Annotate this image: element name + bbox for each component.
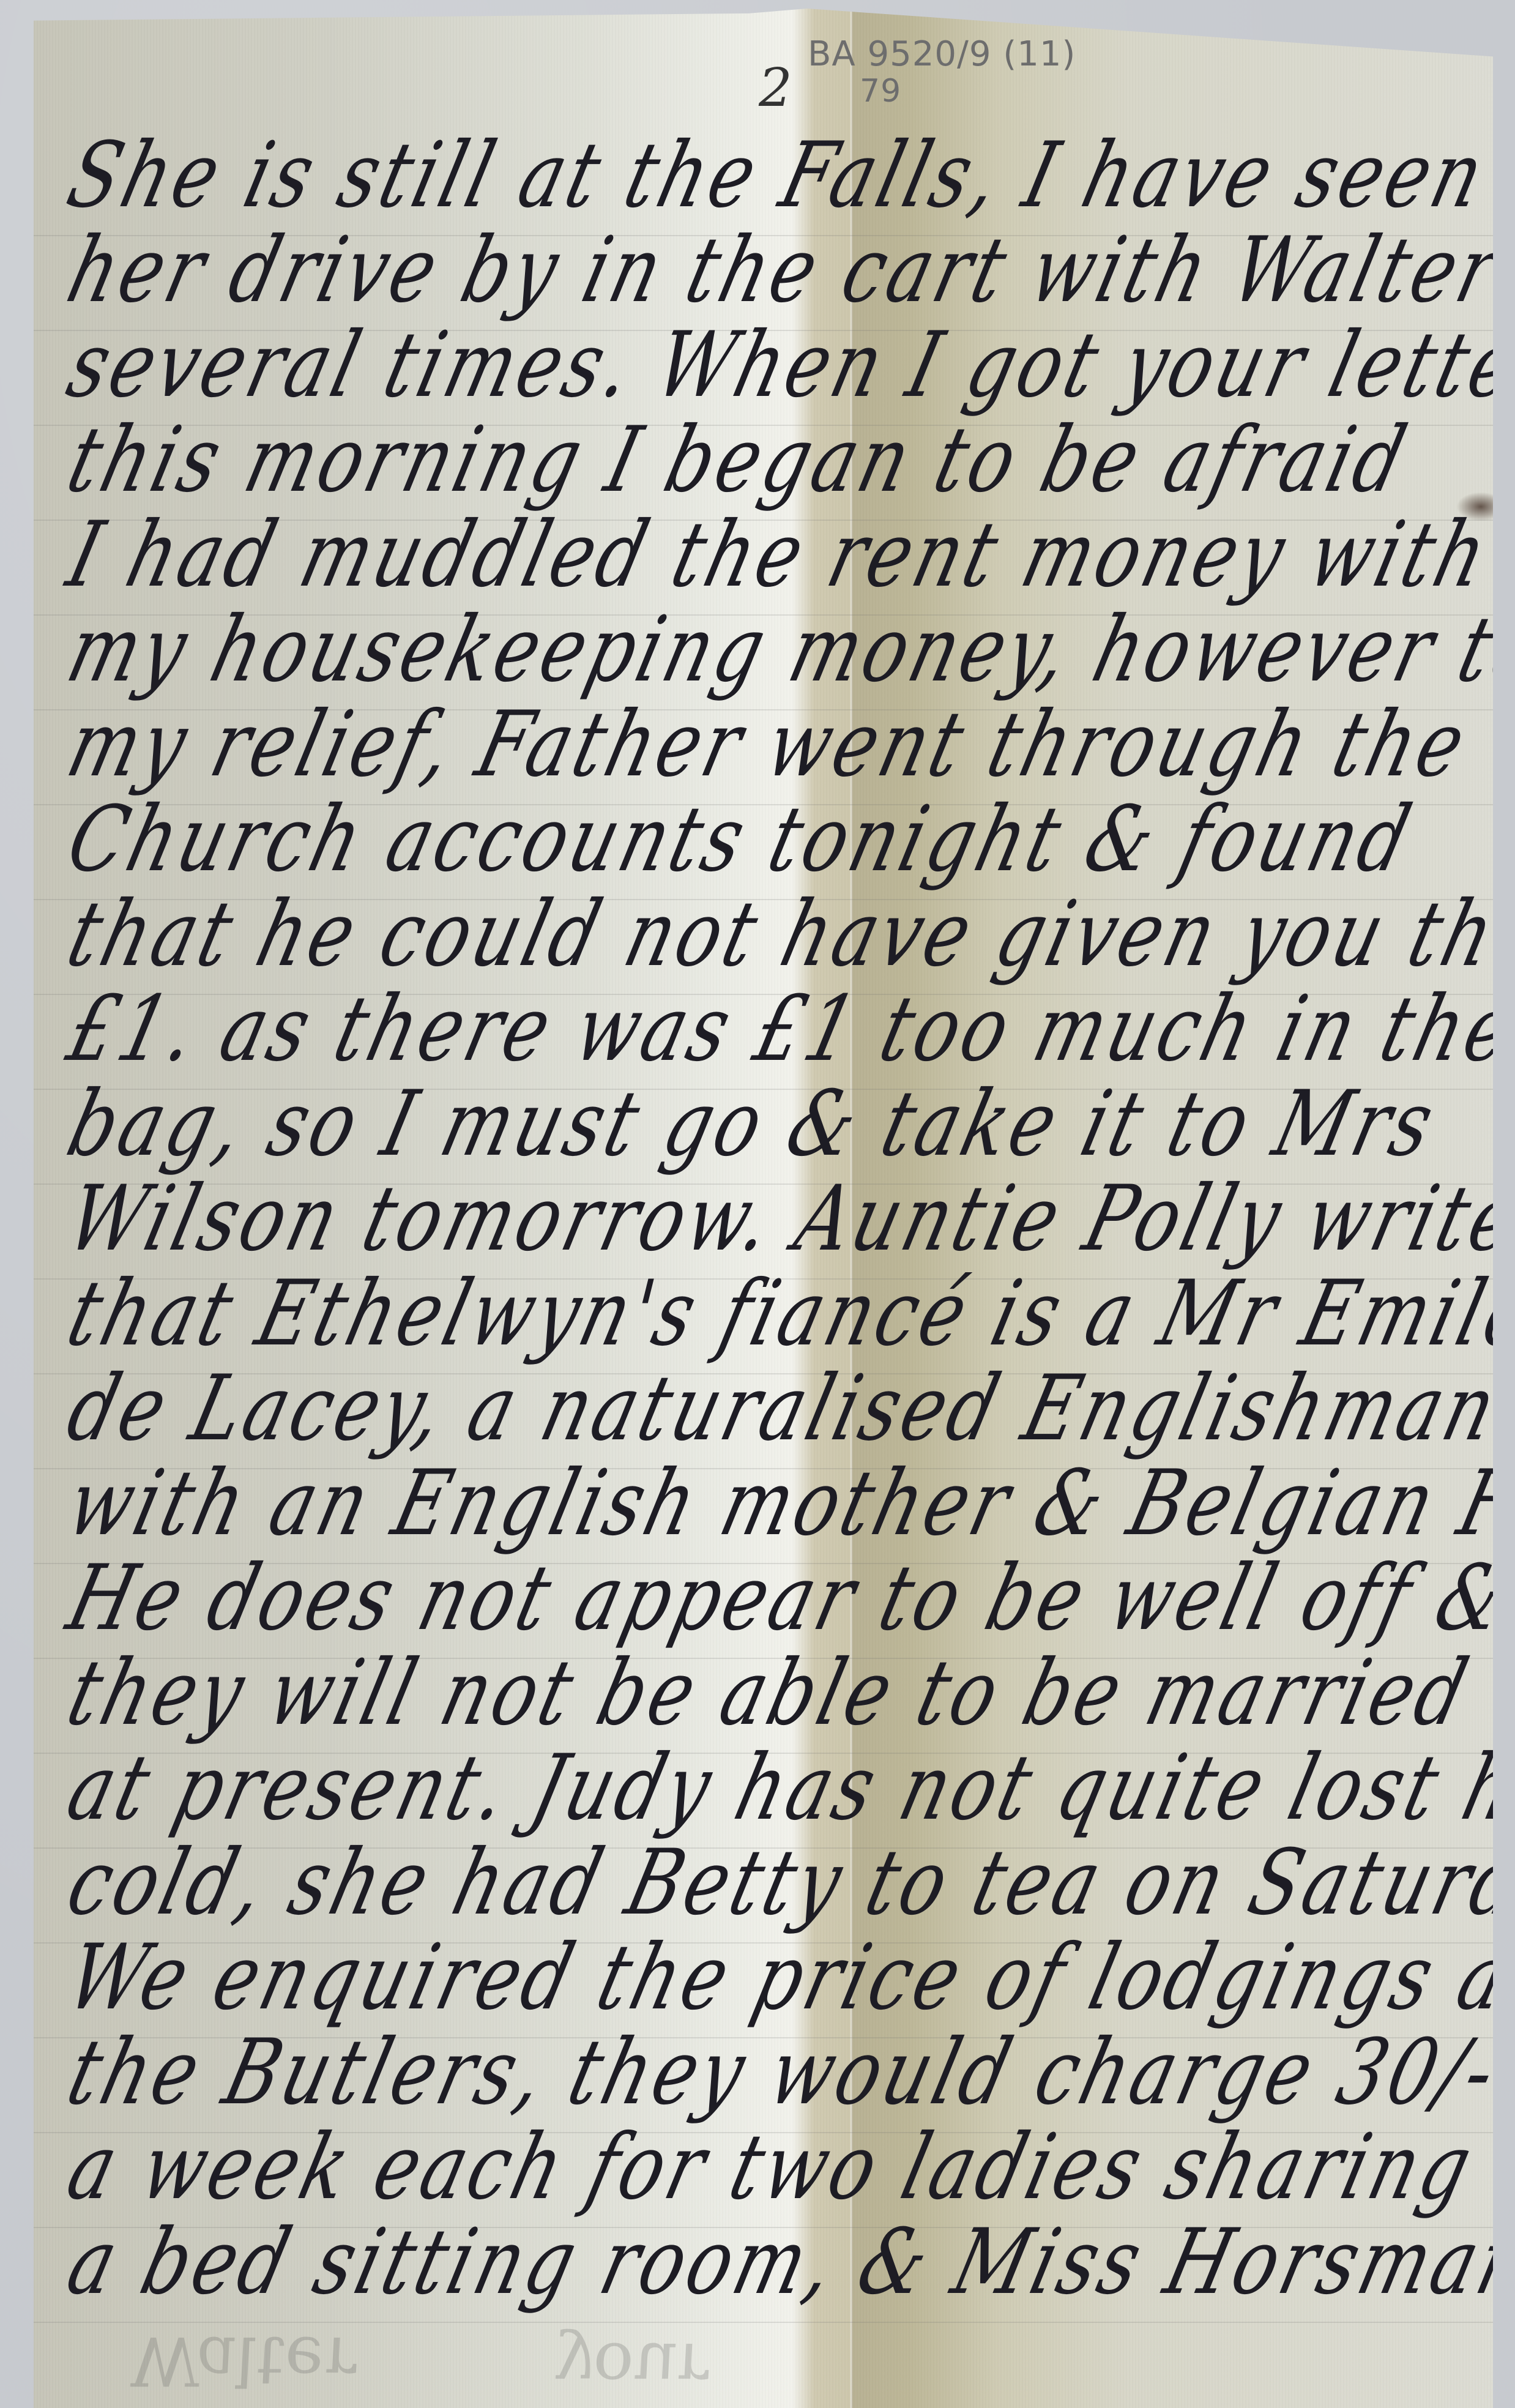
letter-line: the Butlers, they would charge 30/- [58, 2019, 1509, 2125]
letter-line: cold, she had Betty to tea on Saturday. [58, 1830, 1515, 1936]
letter-line: £1. as there was £1 too much in the [58, 976, 1515, 1082]
archive-reference-line2: 79 [808, 73, 1076, 110]
letter-line: at present. Judy has not quite lost her [58, 1735, 1515, 1841]
letter-line: that he could not have given you the [58, 881, 1515, 987]
letter-line: with an English mother & Belgian Father. [58, 1450, 1515, 1556]
bleed-through-text: your [544, 2328, 718, 2406]
archive-reference: BA 9520/9 (11) 79 [808, 36, 1076, 110]
letter-line: I had muddled the rent money with [58, 502, 1500, 608]
letter-line: several times. When I got your letter [58, 312, 1515, 418]
letter-line: We enquired the price of lodgings at [58, 1925, 1515, 2030]
letter-line: her drive by in the cart with Walter [58, 217, 1511, 323]
bleed-through-text: Walter [122, 2322, 365, 2400]
letter-line: my relief, Father went through the [58, 691, 1478, 797]
page-number: 2 [759, 58, 792, 119]
letter-line: my housekeeping money, however to [58, 597, 1515, 703]
letter-sheet: 2 BA 9520/9 (11) 79 Walter your She is s… [34, 9, 1493, 2408]
letter-line: a bed sitting room, & Miss Horsman [58, 2209, 1515, 2315]
letter-line: Wilson tomorrow. Auntie Polly writes [58, 1166, 1515, 1272]
letter-line: they will not be able to be married [58, 1640, 1481, 1746]
letter-line: that Ethelwyn's fiancé is a Mr Emile [58, 1261, 1515, 1366]
letter-line: Church accounts tonight & found [58, 786, 1424, 892]
letter-line: a week each for two ladies sharing [58, 2114, 1485, 2220]
letter-line: bag, so I must go & take it to Mrs [58, 1071, 1447, 1177]
letter-line: He does not appear to be well off & [58, 1545, 1515, 1651]
letter-line: de Lacey, a naturalised Englishman [58, 1355, 1509, 1461]
archive-reference-line1: BA 9520/9 (11) [808, 34, 1076, 74]
letter-line: She is still at the Falls, I have seen [58, 122, 1497, 228]
letter-line: this morning I began to be afraid [58, 407, 1419, 513]
